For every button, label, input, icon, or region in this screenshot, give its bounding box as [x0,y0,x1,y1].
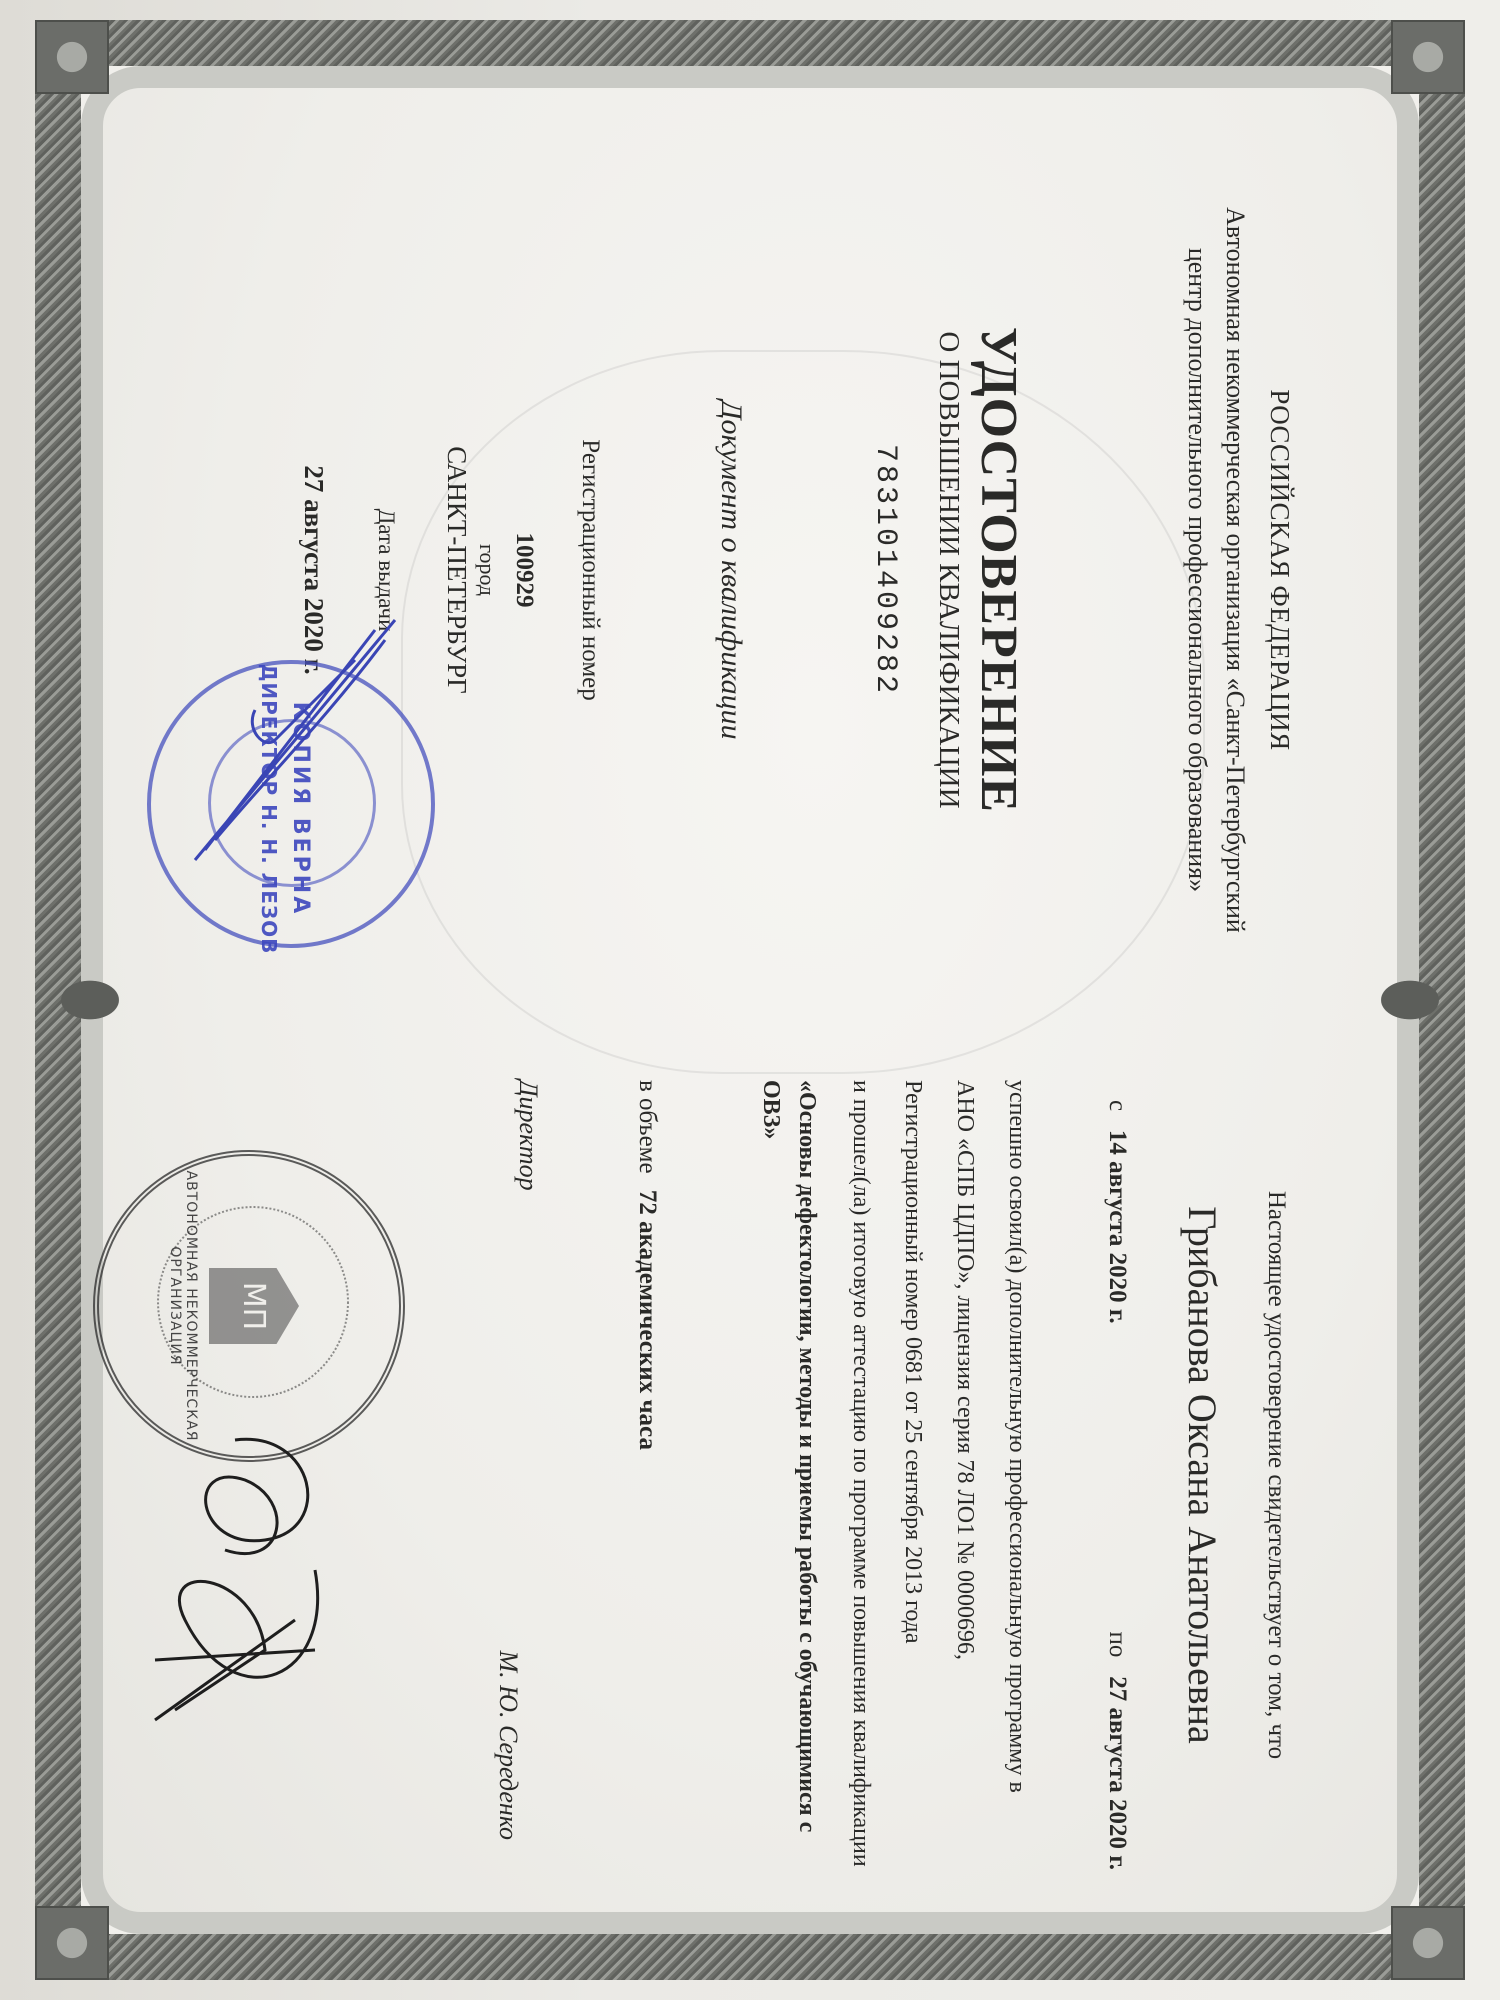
body-line-2: АНО «СПБ ЦДПО», лицензия серия 78 ЛО1 № … [939,1080,991,1870]
registration-number: 100929 [510,130,538,1010]
seal-ring-text: АВТОНОМНАЯ НЕКОММЕРЧЕСКАЯ ОРГАНИЗАЦИЯ [167,1166,199,1446]
intro-text: Настоящее удостоверение свидетельствует … [1262,1080,1290,1870]
program-description: успешно освоил(а) дополнительную професс… [835,1080,1043,1870]
volume-label: в объеме [634,1080,661,1174]
corner-ornament-icon [1391,1906,1465,1980]
seal-mp-label: МП [236,1268,271,1344]
document-kind: Документ о квалификации [714,130,748,1010]
signature-row: Директор М. Ю. Середенко [483,1080,543,1870]
org-line-1: Автономная некоммерческая организация «С… [1216,130,1254,1010]
director-signature-icon [125,1420,355,1740]
volume-value: 72 академических часа [634,1190,661,1450]
city-name: САНКТ-ПЕТЕРБУРГ [441,130,472,1010]
country-heading: РОССИЙСКАЯ ФЕДЕРАЦИЯ [1264,130,1295,1010]
frame-knot-icon [1365,970,1455,1030]
body-line-4: и прошел(ла) итоговую аттестацию по прог… [835,1080,887,1870]
corner-ornament-icon [1391,20,1465,94]
right-page: Настоящее удостоверение свидетельствует … [483,1080,1290,1870]
organization-seal: МП АВТОНОМНАЯ НЕКОММЕРЧЕСКАЯ ОРГАНИЗАЦИЯ [93,1150,405,1462]
left-page: РОССИЙСКАЯ ФЕДЕРАЦИЯ Автономная некоммер… [298,130,1295,1010]
corner-ornament-icon [35,20,109,94]
recipient-name: Грибанова Оксана Анатольевна [1179,1080,1226,1870]
signatory-name: М. Ю. Середенко [493,1650,523,1840]
program-volume: в объеме 72 академических часа [633,1080,661,1870]
document-title: УДОСТОВЕРЕНИЕ [969,130,1028,1010]
org-line-2: центр дополнительного профессионального … [1178,130,1216,1010]
signatory-role: Директор [513,1080,543,1191]
training-period: с 14 августа 2020 г. по 27 августа 2020 … [1103,1080,1131,1870]
corner-ornament-icon [35,1906,109,1980]
certificate-sheet: РОССИЙСКАЯ ФЕДЕРАЦИЯ Автономная некоммер… [35,20,1465,1980]
frame-knot-icon [45,970,135,1030]
registration-label: Регистрационный номер [576,130,604,1010]
organization-name: Автономная некоммерческая организация «С… [1178,130,1254,1010]
copy-signature-icon [155,600,415,900]
document-subtitle: О ПОВЫШЕНИИ КВАЛИФИКАЦИИ [932,130,965,1010]
period-end: по 27 августа 2020 г. [1103,1632,1131,1870]
body-line-3: Регистрационный номер 0681 от 25 сентябр… [887,1080,939,1870]
period-start: с 14 августа 2020 г. [1103,1100,1131,1324]
program-title: «Основы дефектологии, методы и приемы ра… [753,1080,825,1870]
serial-number: 783101409282 [868,130,902,1010]
body-line-1: успешно освоил(а) дополнительную професс… [991,1080,1043,1870]
city-label: город [474,130,500,1010]
